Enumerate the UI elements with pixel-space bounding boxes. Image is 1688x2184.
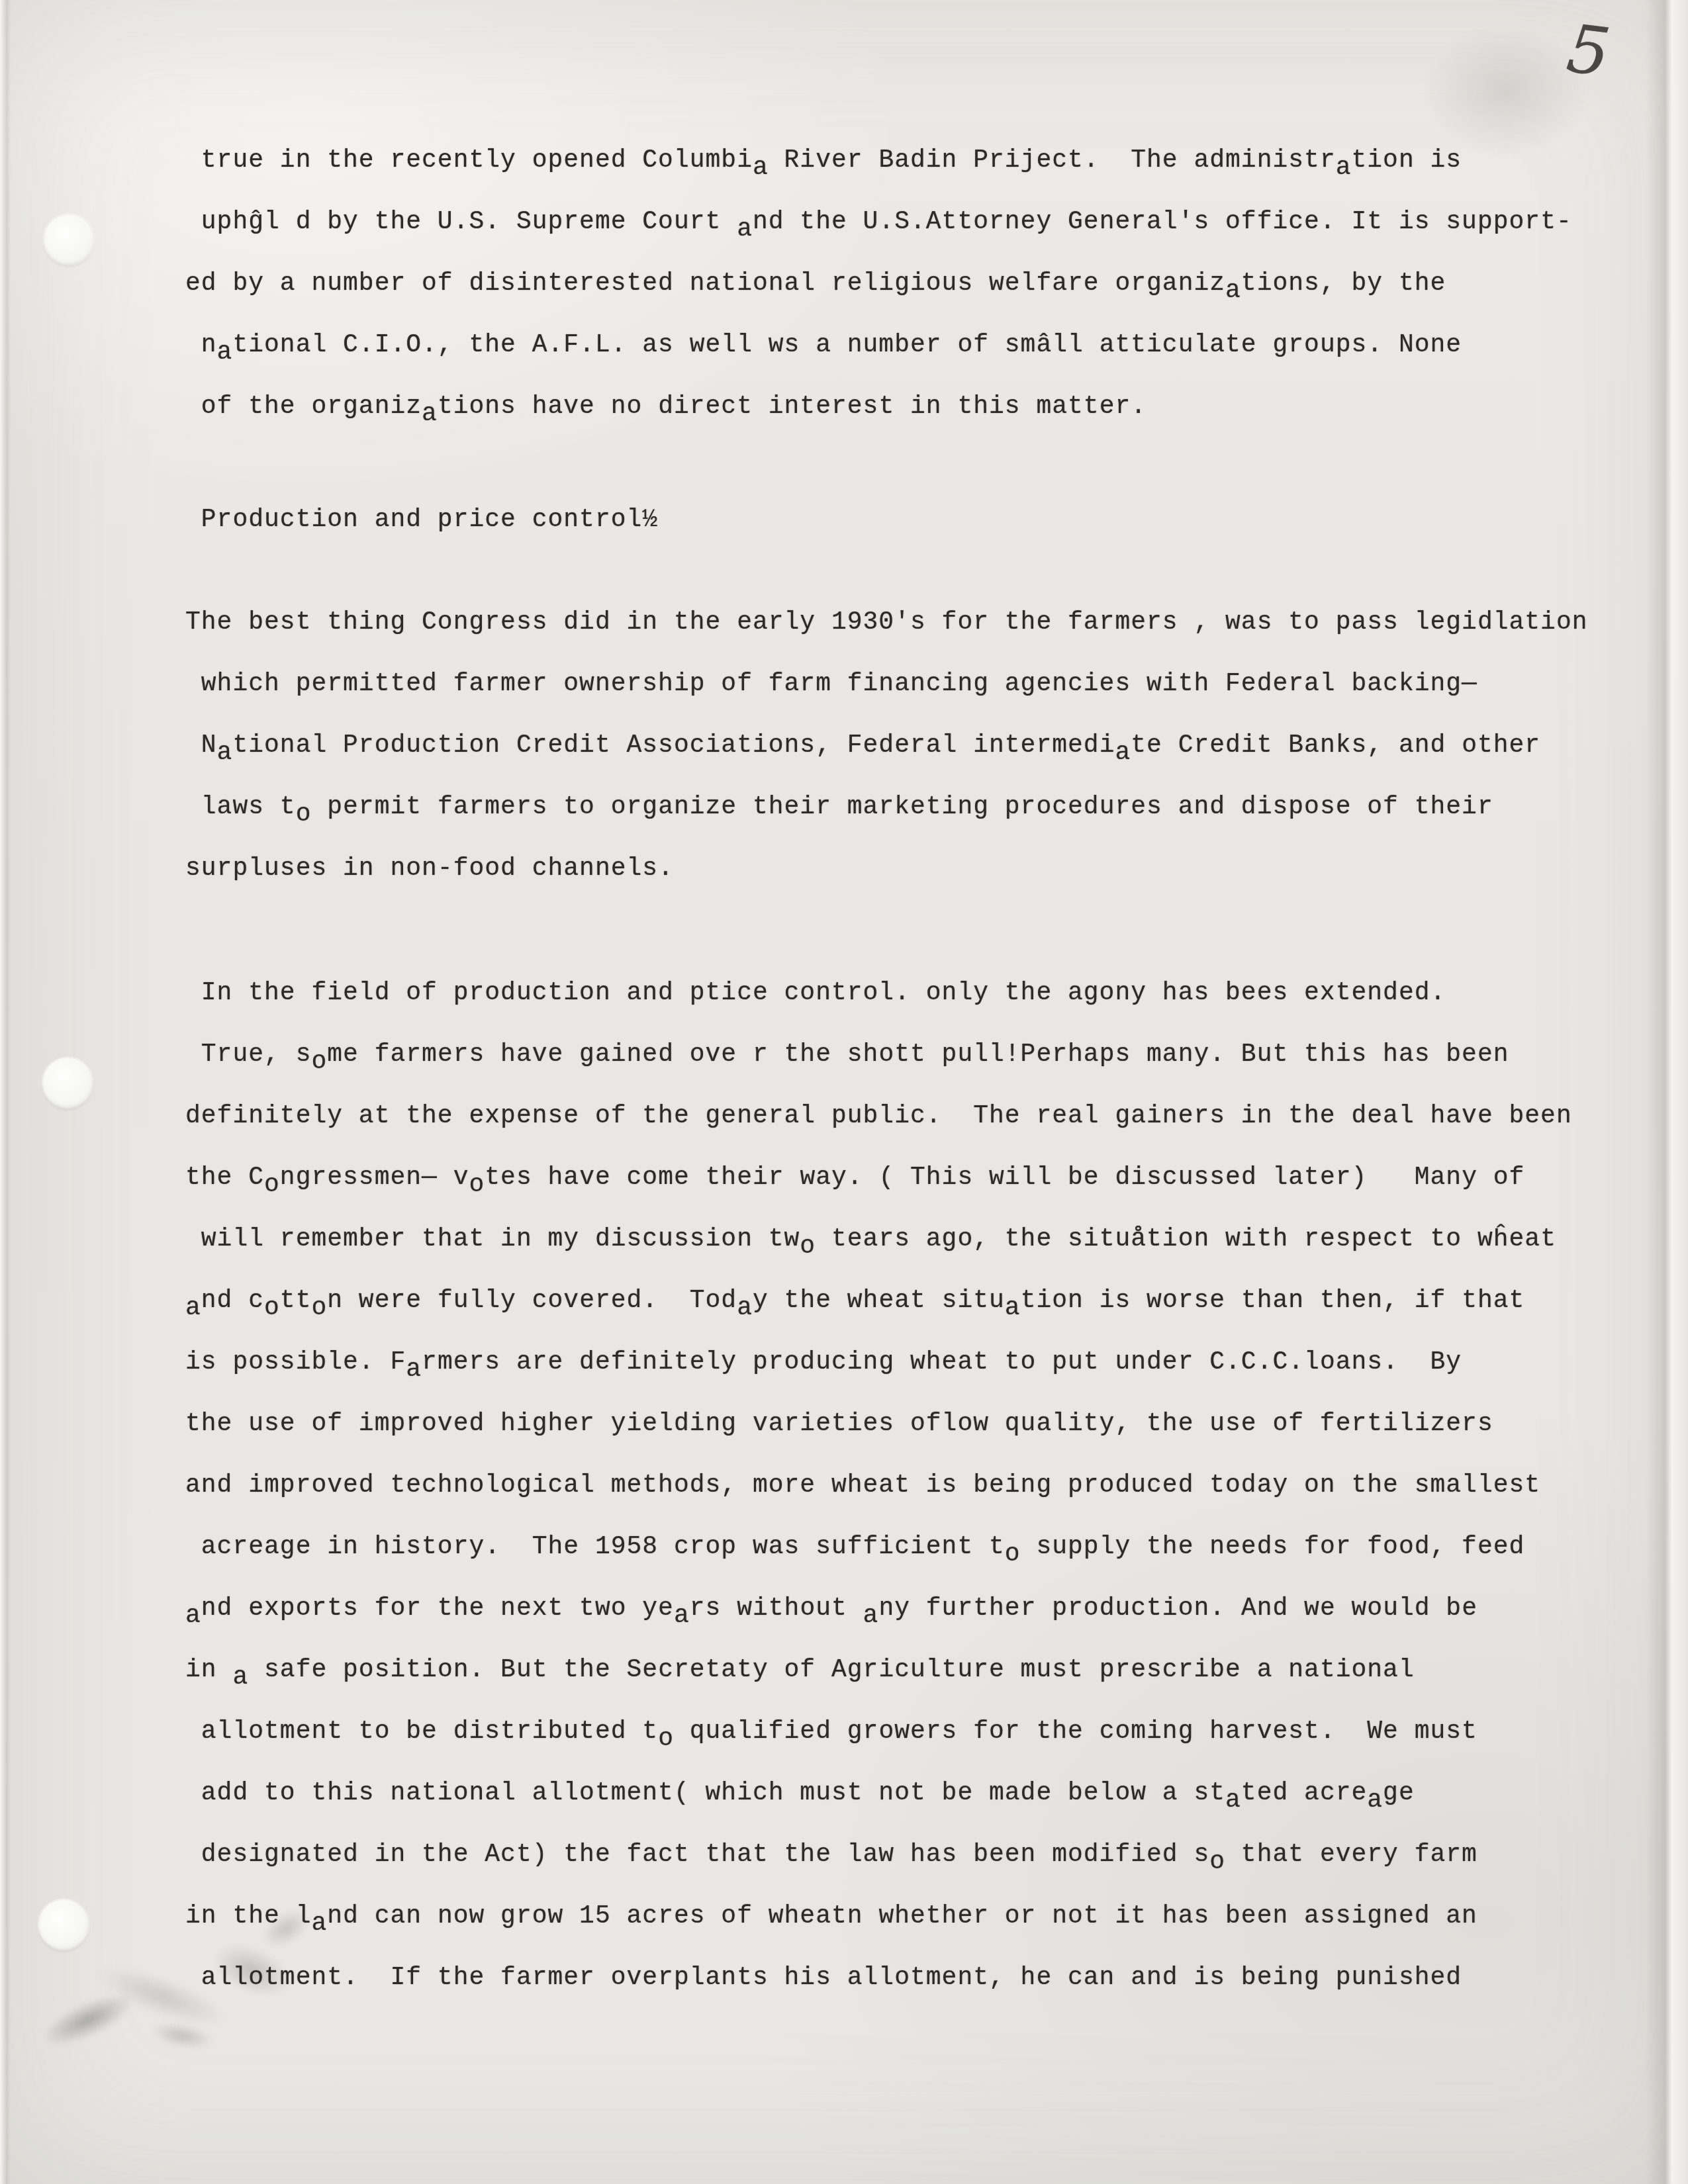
dropped-character: a — [1005, 1294, 1021, 1322]
typed-line: which permitted farmer ownership of farm… — [185, 653, 1655, 715]
dropped-character: o — [264, 1294, 280, 1322]
dropped-character: a — [406, 1355, 422, 1384]
typed-line: and cotton were fully covered. Today the… — [185, 1270, 1655, 1332]
typed-line: add to this national allotment( which mu… — [185, 1762, 1655, 1824]
typed-line: the Congressmen— votes have come their w… — [185, 1147, 1655, 1208]
page-number: 5 — [1563, 9, 1615, 91]
dropped-character: o — [1209, 1848, 1225, 1876]
typed-line: and improved technological methods, more… — [185, 1455, 1655, 1516]
dropped-character: o — [1005, 1540, 1021, 1569]
dropped-character: a — [311, 1909, 327, 1938]
typed-paragraph: In the field of production and ptice con… — [0, 962, 1688, 2009]
typed-line: National Production Credit Associations,… — [185, 715, 1655, 776]
dropped-character: a — [737, 1294, 753, 1322]
dropped-character: o — [264, 1171, 280, 1199]
typed-line: the use of improved higher yielding vari… — [185, 1393, 1655, 1455]
typed-line: allotment. If the farmer overplants his … — [185, 1947, 1655, 2009]
dropped-character: a — [1115, 739, 1131, 767]
dropped-character: a — [737, 215, 753, 244]
typed-paragraph: The best thing Congress did in the early… — [0, 592, 1688, 899]
typed-line: designated in the Act) the fact that the… — [185, 1824, 1655, 1886]
dropped-character: o — [469, 1171, 485, 1199]
typed-line: surpluses in non-food channels. — [185, 838, 1655, 899]
typed-line: Production and price control½ — [185, 489, 1655, 551]
dropped-character: o — [800, 1232, 816, 1261]
dropped-character: o — [296, 800, 312, 829]
pencil-smudge — [150, 2019, 216, 2053]
typed-line: and exports for the next two years witho… — [185, 1578, 1655, 1639]
typed-line: acreage in history. The 1958 crop was su… — [185, 1516, 1655, 1578]
typed-line: definitely at the expense of the general… — [185, 1085, 1655, 1147]
typed-line: of the organizations have no direct inte… — [185, 376, 1655, 437]
typed-line: In the field of production and ptice con… — [185, 962, 1655, 1024]
dropped-character: o — [311, 1294, 327, 1322]
typed-paragraph: true in the recently opened Columbia Riv… — [0, 130, 1688, 437]
dropped-character: a — [1225, 1786, 1241, 1815]
dropped-character: a — [185, 1294, 201, 1322]
dropped-character: a — [217, 338, 233, 367]
typed-line: laws to permit farmers to organize their… — [185, 776, 1655, 838]
typed-line: uphĝl d by the U.S. Supreme Court and th… — [185, 191, 1655, 253]
dropped-character: a — [217, 739, 233, 767]
dropped-character: a — [753, 154, 769, 182]
typed-line: in the land can now grow 15 acres of whe… — [185, 1886, 1655, 1947]
dropped-character: a — [674, 1602, 690, 1630]
dropped-character: a — [232, 1663, 248, 1692]
typed-line: in a safe position. But the Secretaty of… — [185, 1639, 1655, 1701]
dropped-character: a — [1336, 154, 1352, 182]
typed-line: True, some farmers have gained ove r the… — [185, 1024, 1655, 1085]
typed-line: ed by a number of disinterested national… — [185, 253, 1655, 314]
typed-line: will remember that in my discussion two … — [185, 1208, 1655, 1270]
dropped-character: a — [863, 1602, 879, 1630]
section-heading: Production and price control½ — [0, 489, 1688, 551]
typed-line: true in the recently opened Columbia Riv… — [185, 130, 1655, 191]
dropped-character: a — [185, 1602, 201, 1630]
dropped-character: o — [658, 1725, 674, 1753]
typed-line: allotment to be distributed to qualified… — [185, 1701, 1655, 1762]
typed-line: is possible. Farmers are definitely prod… — [185, 1332, 1655, 1393]
dropped-character: a — [422, 400, 438, 428]
dropped-character: o — [311, 1048, 327, 1076]
typed-line: The best thing Congress did in the early… — [185, 592, 1655, 653]
document-page: 5 true in the recently opened Columbia R… — [0, 0, 1688, 2184]
typed-line: national C.I.O., the A.F.L. as well ws a… — [185, 314, 1655, 376]
dropped-character: a — [1367, 1786, 1383, 1815]
dropped-character: a — [1225, 277, 1241, 305]
